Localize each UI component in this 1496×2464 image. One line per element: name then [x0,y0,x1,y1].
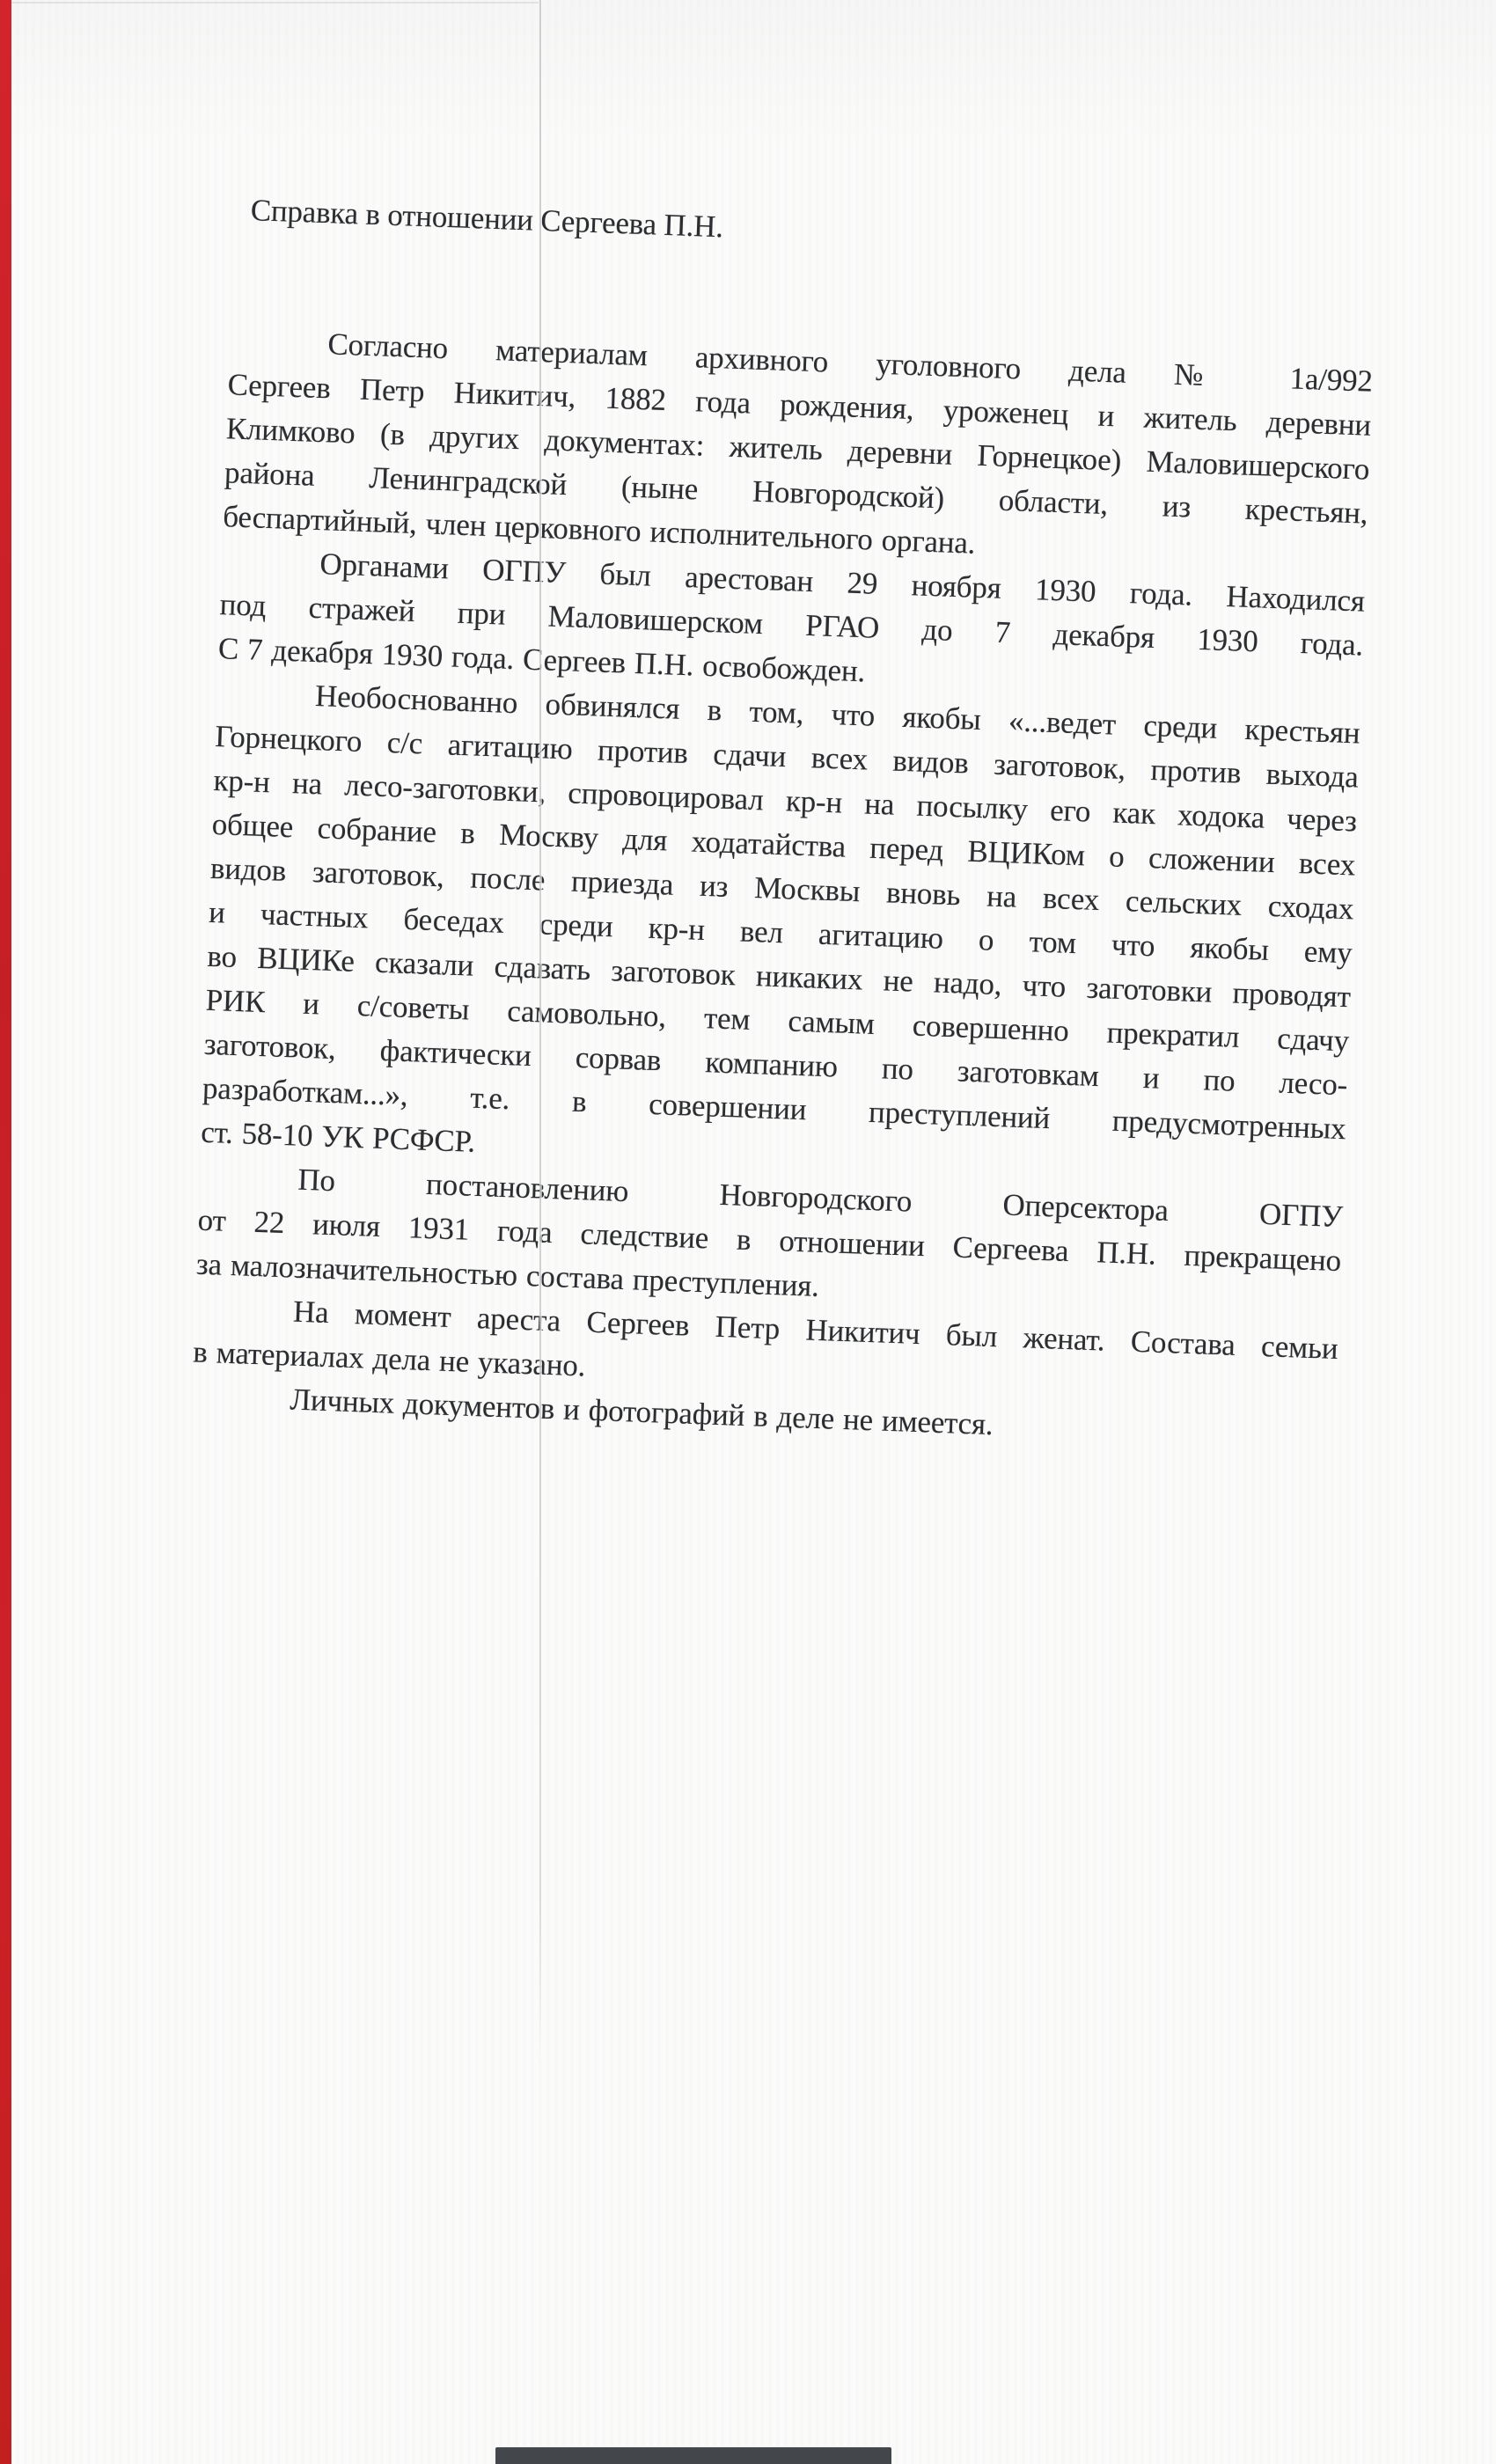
paragraph: Необоснованно обвинялся в том, что якобы… [200,671,1360,1195]
scan-edge-artifact-top [0,2,539,4]
document-text-block: Справка в отношении Сергеева П.Н. Соглас… [191,176,1379,1459]
red-edge-strip [0,0,11,2464]
scan-edge-artifact-bottom [495,2447,891,2464]
paragraph: Согласно материалам архивного уголовного… [222,319,1373,579]
paper-fold-line [539,0,541,2059]
document-body: Согласно материалам архивного уголовного… [191,319,1374,1459]
document-title: Справка в отношении Сергеева П.Н. [250,189,1378,272]
scanned-document-page: Справка в отношении Сергеева П.Н. Соглас… [0,0,1496,2464]
